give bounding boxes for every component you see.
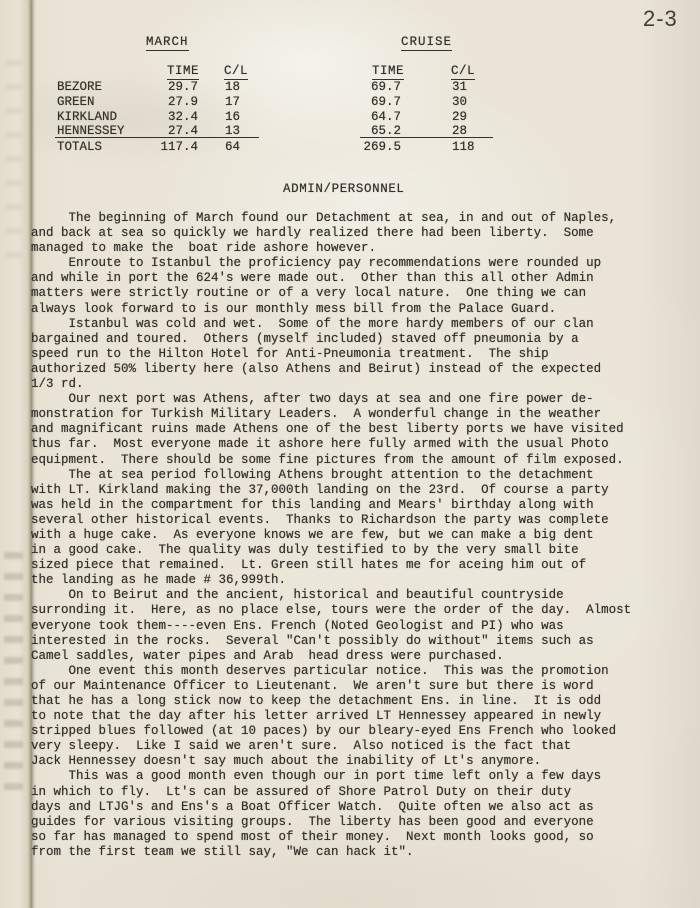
cruise-cl-cell: 30 [452, 95, 467, 109]
march-time-cell: 27.9 [148, 95, 198, 109]
march-cl-total: 64 [225, 140, 240, 154]
cruise-cl-total: 118 [452, 140, 475, 154]
ink-bleed-through [4, 552, 23, 802]
totals-separator-line [55, 137, 259, 138]
document-body: The beginning of March found our Detachm… [31, 211, 681, 860]
cruise-cl-cell: 28 [452, 124, 467, 138]
table-row: KIRKLAND 32.4 16 64.7 29 [0, 110, 700, 125]
cruise-time-cell: 64.7 [351, 110, 401, 124]
table-row: GREEN 27.9 17 69.7 30 [0, 95, 700, 110]
march-time-header: TIME [167, 64, 199, 80]
march-time-cell: 29.7 [148, 80, 198, 94]
paragraph: The at sea period following Athens broug… [31, 468, 681, 589]
paragraph: This was a good month even though our in… [31, 769, 681, 860]
paragraph: One event this month deserves particular… [31, 664, 681, 770]
pilot-name: KIRKLAND [57, 110, 117, 124]
cruise-time-cell: 65.2 [351, 124, 401, 138]
page-number: 2-3 [643, 6, 678, 32]
cruise-time-header: TIME [372, 64, 404, 80]
paragraph: Our next port was Athens, after two days… [31, 392, 681, 467]
section-heading: ADMIN/PERSONNEL [283, 182, 405, 196]
march-cl-cell: 17 [225, 95, 240, 109]
march-cl-header: C/L [224, 64, 248, 80]
scanned-document-page: 2-3 MARCH CRUISE TIME C/L TIME C/L BEZOR… [0, 0, 700, 908]
march-cl-cell: 16 [225, 110, 240, 124]
paragraph: Istanbul was cold and wet. Some of the m… [31, 317, 681, 392]
table-row: BEZORE 29.7 18 69.7 31 [0, 80, 700, 95]
totals-row: TOTALS 117.4 64 269.5 118 [0, 140, 700, 155]
paragraph: The beginning of March found our Detachm… [31, 211, 681, 256]
march-time-total: 117.4 [148, 140, 198, 154]
paragraph: On to Beirut and the ancient, historical… [31, 588, 681, 663]
cruise-cl-cell: 29 [452, 110, 467, 124]
pilot-name: GREEN [57, 95, 95, 109]
march-cl-cell: 13 [225, 124, 240, 138]
march-time-cell: 27.4 [148, 124, 198, 138]
totals-label: TOTALS [57, 140, 102, 154]
cruise-cl-cell: 31 [452, 80, 467, 94]
pilot-name: BEZORE [57, 80, 102, 94]
cruise-time-cell: 69.7 [351, 95, 401, 109]
cruise-column-title: CRUISE [401, 35, 452, 51]
paragraph: Enroute to Istanbul the proficiency pay … [31, 256, 681, 316]
march-cl-cell: 18 [225, 80, 240, 94]
cruise-time-cell: 69.7 [351, 80, 401, 94]
pilot-name: HENNESSEY [57, 124, 125, 138]
cruise-time-total: 269.5 [351, 140, 401, 154]
cruise-cl-header: C/L [451, 64, 475, 80]
march-time-cell: 32.4 [148, 110, 198, 124]
march-column-title: MARCH [146, 35, 189, 51]
totals-separator-line [360, 137, 493, 138]
